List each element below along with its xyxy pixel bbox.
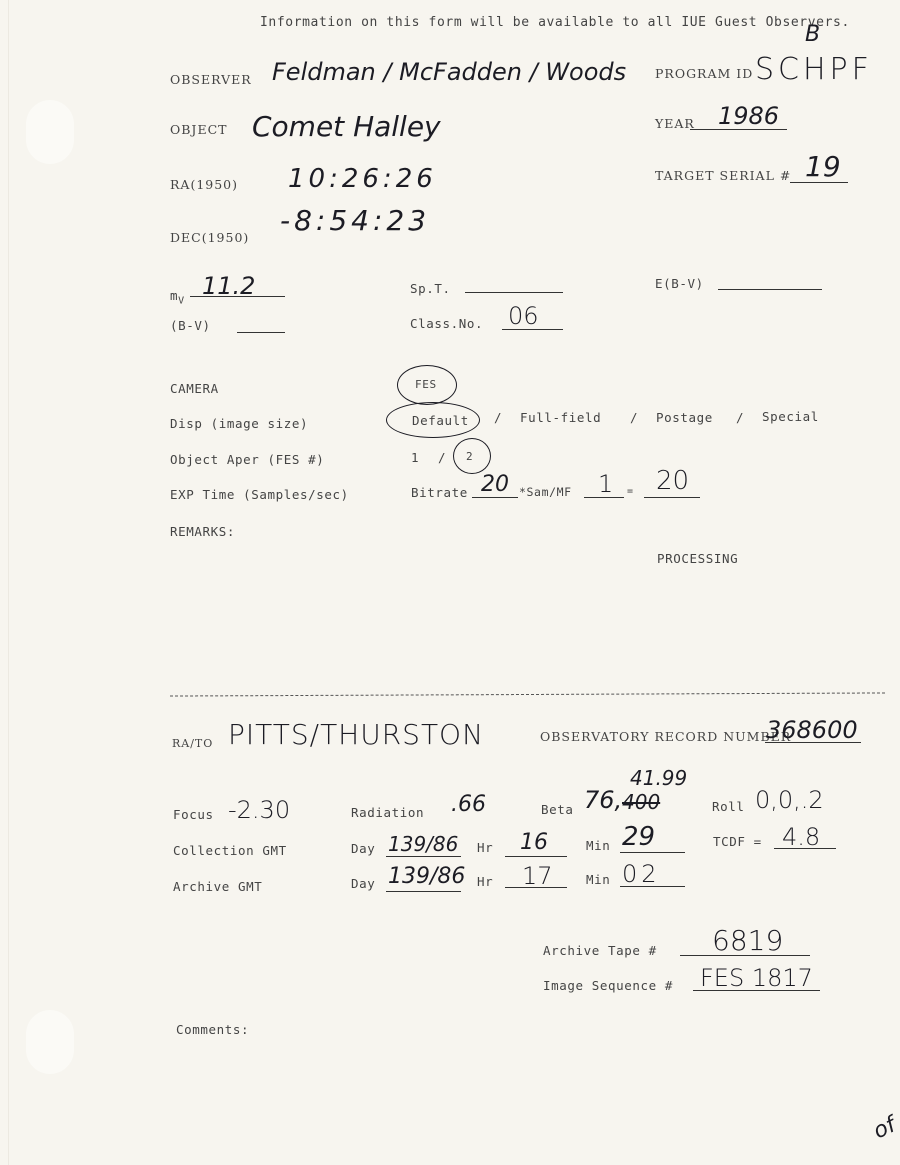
section-divider — [170, 692, 885, 696]
target-serial-value[interactable]: 19 — [805, 150, 841, 183]
exp-label: EXP Time (Samples/sec) — [170, 487, 349, 502]
camera-label: CAMERA — [170, 381, 219, 396]
archive-day-value[interactable]: 139/86 — [388, 864, 465, 889]
exp-result-underline — [644, 497, 700, 498]
aper-label: Object Aper (FES #) — [170, 452, 324, 467]
roll-value[interactable]: 0,0,.2 — [755, 786, 824, 814]
collection-day-value[interactable]: 139/86 — [388, 832, 458, 856]
disp-separator: / — [630, 410, 638, 425]
collection-min-label: Min — [586, 838, 610, 853]
exp-equals: = — [627, 486, 634, 497]
bitrate-label: Bitrate — [411, 485, 468, 500]
bitrate-value[interactable]: 20 — [481, 472, 509, 497]
bv-underline[interactable] — [237, 332, 285, 333]
tcdf-label: TCDF = — [713, 834, 762, 849]
program-id-label: PROGRAM ID — [655, 66, 753, 81]
collection-hr-value[interactable]: 16 — [520, 830, 548, 855]
program-id-value[interactable]: SCHPF — [755, 52, 873, 87]
disp-label: Disp (image size) — [170, 416, 308, 431]
tcdf-value[interactable]: 4.8 — [782, 823, 820, 851]
ra-value[interactable]: 10:26:26 — [288, 164, 437, 194]
classno-value[interactable]: 06 — [508, 302, 539, 330]
disp-selected-circle — [386, 402, 480, 438]
archive-min-label: Min — [586, 872, 610, 887]
disp-option-postage[interactable]: Postage — [656, 410, 713, 425]
sam-value[interactable]: 1 — [598, 470, 613, 498]
processing-label: PROCESSING — [657, 551, 738, 566]
sam-label: *Sam/MF — [519, 485, 572, 499]
beta-struck-value: 400 — [622, 790, 660, 814]
punch-hole — [26, 100, 74, 164]
object-label: OBJECT — [170, 122, 227, 137]
image-seq-value[interactable]: FES 1817 — [700, 964, 813, 992]
classno-label: Class.No. — [410, 316, 483, 331]
mv-label: mV — [170, 288, 185, 307]
target-serial-label: TARGET SERIAL # — [655, 168, 791, 183]
object-value[interactable]: Comet Halley — [252, 110, 441, 143]
observer-value[interactable]: Feldman / McFadden / Woods — [272, 58, 626, 86]
image-seq-label: Image Sequence # — [543, 978, 673, 993]
archive-day-label: Day — [351, 876, 375, 891]
roll-label: Roll — [712, 799, 745, 814]
archive-min-value[interactable]: 02 — [622, 860, 661, 888]
aper-separator: / — [438, 450, 446, 465]
disp-option-special[interactable]: Special — [762, 409, 819, 424]
focus-value[interactable]: -2.30 — [228, 796, 290, 824]
collection-min-value[interactable]: 29 — [622, 822, 655, 852]
comments-label: Comments: — [176, 1022, 249, 1037]
archive-hr-value[interactable]: 17 — [522, 862, 553, 890]
archive-label: Archive GMT — [173, 879, 262, 894]
year-label: YEAR — [655, 116, 695, 131]
dec-value[interactable]: -8:54:23 — [280, 204, 430, 237]
beta-label: Beta — [541, 802, 574, 817]
disp-separator: / — [494, 410, 502, 425]
bv-label: (B-V) — [170, 318, 211, 333]
mv-value[interactable]: 11.2 — [202, 272, 255, 300]
beta-value[interactable]: 76, — [584, 786, 622, 814]
collection-label: Collection GMT — [173, 843, 287, 858]
collection-min-underline — [620, 852, 685, 853]
collection-hr-label: Hr — [477, 840, 493, 855]
bitrate-underline — [472, 497, 518, 498]
corner-initials: of — [870, 1113, 900, 1145]
disp-separator: / — [736, 410, 744, 425]
rato-value[interactable]: PITTS/THURSTON — [228, 718, 484, 751]
beta-correction: 41.99 — [630, 766, 687, 790]
header-notice: Information on this form will be availab… — [260, 15, 850, 30]
focus-label: Focus — [173, 807, 214, 822]
program-annotation: B — [805, 22, 820, 47]
obs-record-label: OBSERVATORY RECORD NUMBER — [540, 729, 791, 744]
collection-day-underline — [386, 856, 461, 857]
spt-label: Sp.T. — [410, 281, 451, 296]
radiation-value[interactable]: .66 — [451, 792, 486, 817]
collection-hr-underline — [505, 856, 567, 857]
archive-day-underline — [386, 891, 461, 892]
obs-record-value[interactable]: 368600 — [766, 716, 858, 744]
collection-day-label: Day — [351, 841, 375, 856]
rato-label: RA/TO — [172, 737, 213, 750]
aper-option-1[interactable]: 1 — [411, 450, 419, 465]
year-value[interactable]: 1986 — [718, 102, 779, 130]
punch-hole — [26, 1010, 74, 1074]
observer-label: OBSERVER — [170, 72, 252, 87]
remarks-label: REMARKS: — [170, 524, 235, 539]
camera-selected-circle — [397, 365, 457, 405]
archive-hr-label: Hr — [477, 874, 493, 889]
radiation-label: Radiation — [351, 805, 424, 820]
archive-tape-label: Archive Tape # — [543, 943, 657, 958]
archive-tape-value[interactable]: 6819 — [712, 924, 783, 957]
spt-underline[interactable] — [465, 292, 563, 293]
aper-selected-circle — [453, 438, 491, 474]
disp-option-full-field[interactable]: Full-field — [520, 410, 601, 425]
ebv-underline[interactable] — [718, 289, 822, 290]
dec-label: DEC(1950) — [170, 230, 249, 245]
ra-label: RA(1950) — [170, 177, 238, 192]
exp-result-value[interactable]: 20 — [656, 466, 689, 496]
page-edge — [8, 0, 9, 1165]
ebv-label: E(B-V) — [655, 276, 704, 291]
